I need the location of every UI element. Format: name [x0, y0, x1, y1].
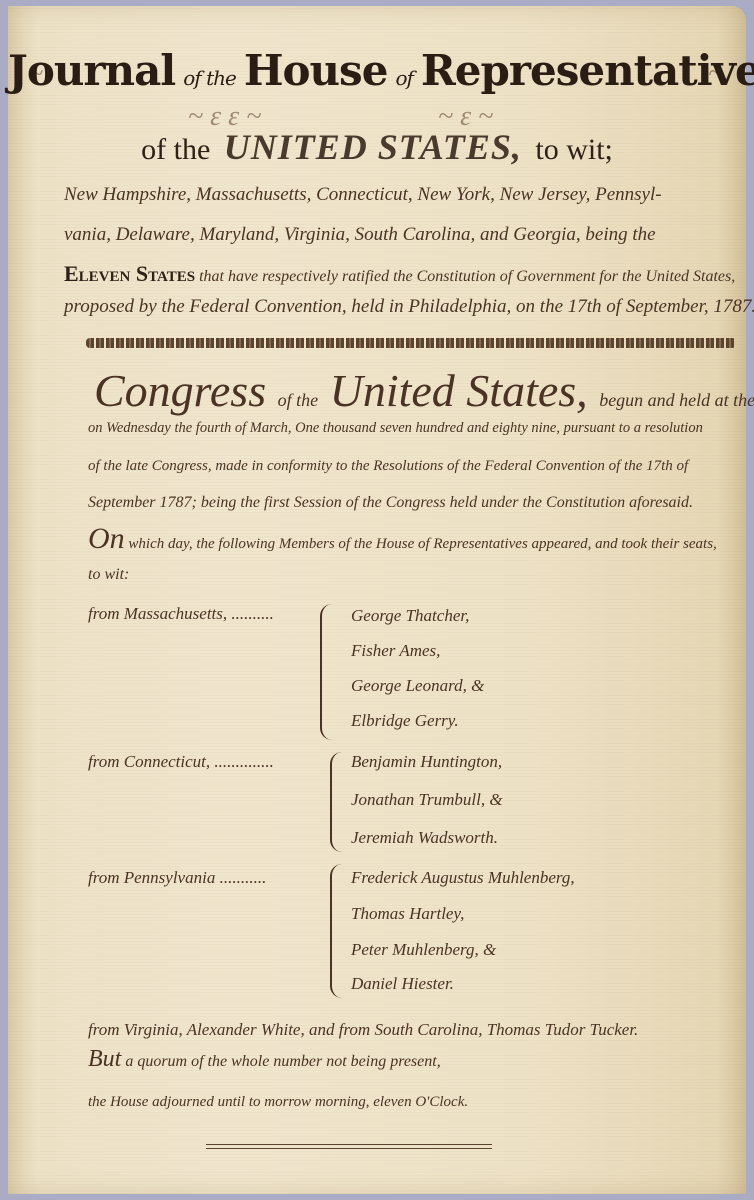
congress-line-4: September 1787; being the first Session …: [88, 494, 693, 512]
closing-line-1: from Virginia, Alexander White, and from…: [88, 1020, 638, 1040]
congress-line-6: to wit:: [88, 566, 129, 584]
heading-united-states: United States,: [330, 365, 588, 416]
member-name: Thomas Hartley,: [351, 904, 464, 924]
closing-double-rule: [206, 1144, 492, 1149]
brace-connecticut: [330, 752, 346, 852]
member-name: Jonathan Trumbull, &: [351, 790, 503, 810]
preamble-line-4: proposed by the Federal Convention, held…: [64, 296, 754, 318]
member-name: George Thatcher,: [351, 606, 469, 626]
title-of-the: of the: [183, 66, 236, 90]
closing-line-2-text: a quorum of the whole number not being p…: [125, 1053, 440, 1070]
member-name: Benjamin Huntington,: [351, 752, 502, 772]
delegation-state-connecticut: from Connecticut, ..............: [88, 752, 274, 772]
heading-congress: Congress: [94, 365, 266, 416]
member-name: Elbridge Gerry.: [351, 711, 459, 731]
title-of: of: [395, 66, 412, 90]
journal-subtitle: of the UNITED STATES, to wit;: [8, 126, 746, 168]
subtitle-suffix: to wit;: [535, 133, 613, 166]
member-name: Peter Muhlenberg, &: [351, 940, 496, 960]
member-name: George Leonard, &: [351, 676, 484, 696]
subtitle-united-states: UNITED STATES,: [224, 127, 522, 167]
title-representatives: Representatives: [421, 46, 754, 95]
title-house: House: [244, 46, 388, 95]
journal-title: Journalof theHouseofRepresentatives: [8, 46, 746, 95]
preamble-line-2: vania, Delaware, Maryland, Virginia, Sou…: [64, 224, 656, 246]
subtitle-prefix: of the: [141, 133, 210, 166]
member-name: Frederick Augustus Muhlenberg,: [351, 868, 575, 888]
eleven-states-caps: Eleven States: [64, 261, 195, 286]
congress-line-5: On which day, the following Members of t…: [88, 522, 717, 556]
heading-begun-held: begun and held at the City of New York,: [599, 390, 754, 410]
on-capital: On: [88, 522, 125, 555]
brace-massachusetts: [320, 604, 336, 740]
ornamental-divider: [86, 338, 736, 348]
heading-of-the: of the: [278, 390, 319, 410]
closing-line-2: But a quorum of the whole number not bei…: [88, 1046, 441, 1073]
member-name: Fisher Ames,: [351, 641, 440, 661]
congress-line-5-text: which day, the following Members of the …: [128, 536, 716, 552]
congress-line-2: on Wednesday the fourth of March, One th…: [88, 420, 703, 437]
congress-line-3: of the late Congress, made in conformity…: [88, 458, 688, 475]
member-name: Daniel Hiester.: [351, 974, 454, 994]
preamble-line-3-text: that have respectively ratified the Cons…: [199, 268, 735, 285]
manuscript-page: ~ ~ ~ ɛ ɛ ~ ~ ɛ ~ Journalof theHouseofRe…: [8, 6, 746, 1194]
closing-line-3: the House adjourned until to morrow morn…: [88, 1094, 468, 1111]
delegation-state-massachusetts: from Massachusetts, ..........: [88, 604, 274, 624]
preamble-line-3: Eleven States that have respectively rat…: [64, 261, 735, 287]
congress-heading: Congress of the United States, begun and…: [94, 364, 754, 417]
brace-pennsylvania: [330, 864, 346, 998]
delegation-state-pennsylvania: from Pennsylvania ...........: [88, 868, 266, 888]
but-capital: But: [88, 1046, 121, 1072]
preamble-line-1: New Hampshire, Massachusetts, Connecticu…: [64, 184, 662, 206]
title-journal: Journal: [8, 46, 175, 95]
member-name: Jeremiah Wadsworth.: [351, 828, 498, 848]
